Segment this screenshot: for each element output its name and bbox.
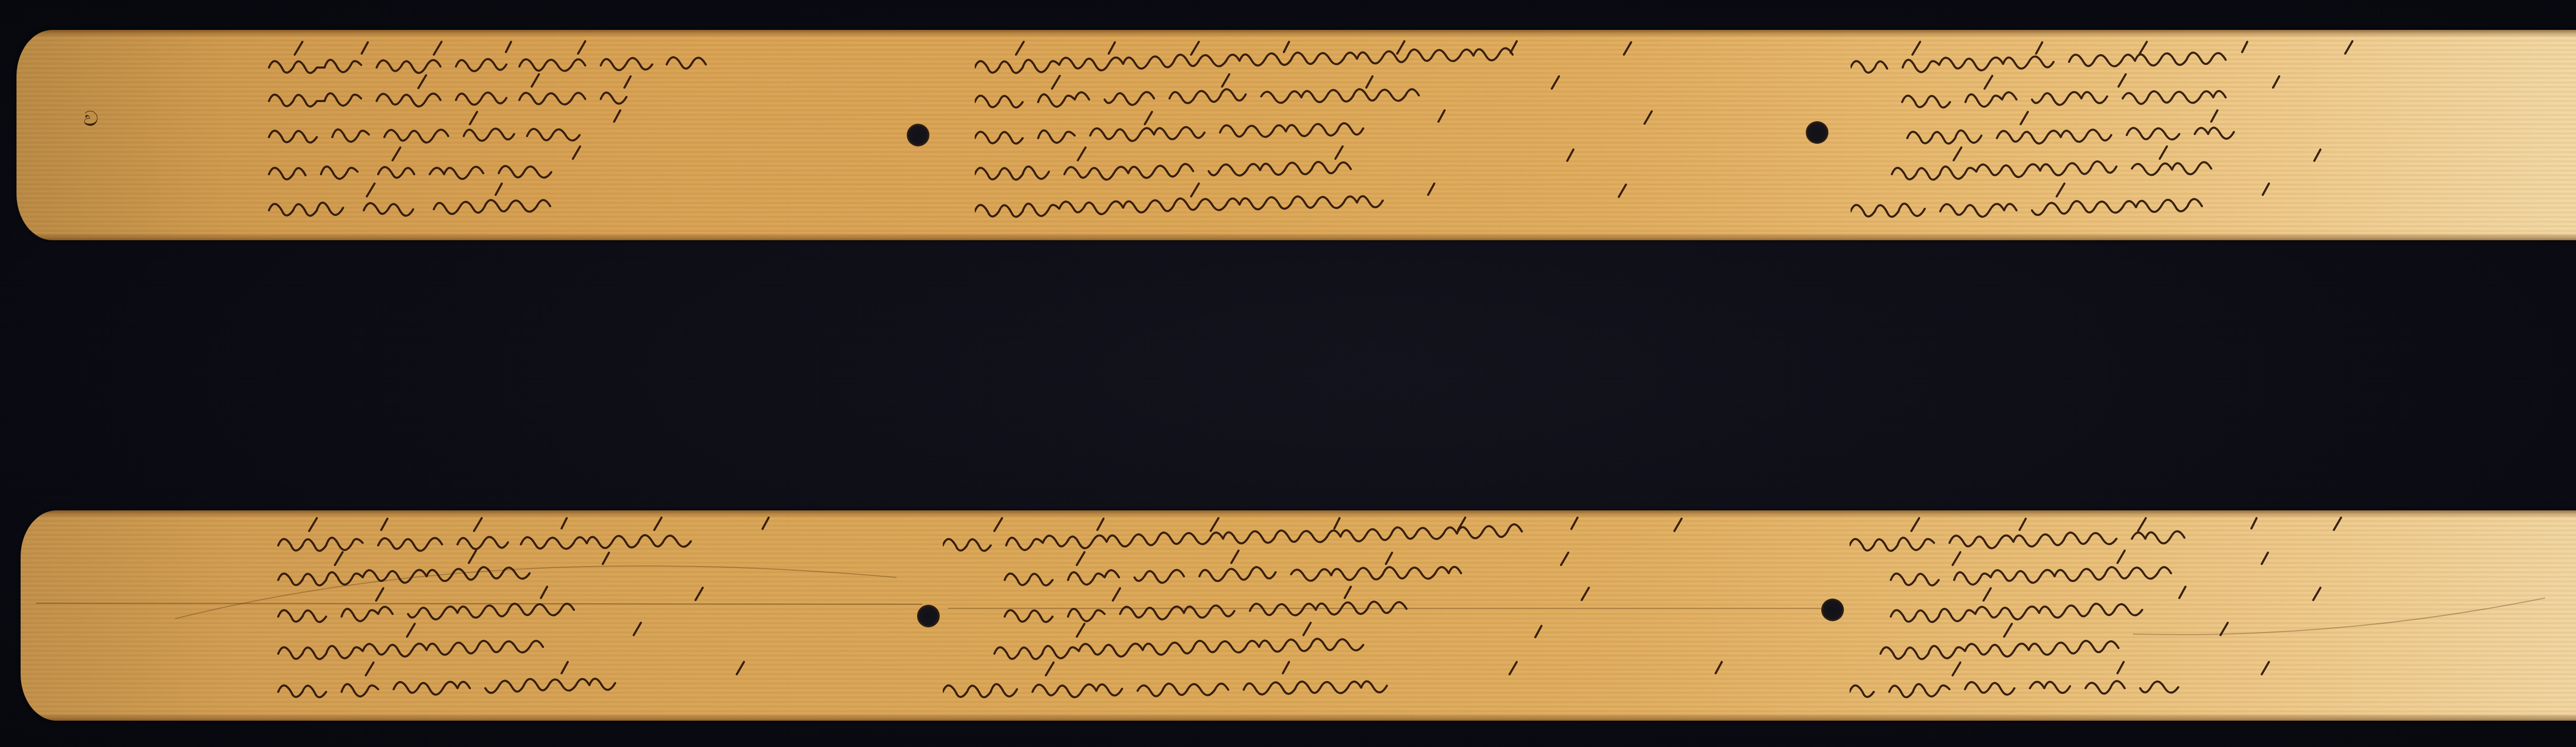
manuscript-photo: ව	[0, 0, 2576, 747]
palm-leaf-bottom	[21, 510, 2576, 721]
handwritten-script	[975, 39, 1789, 235]
text-block-left	[273, 516, 922, 717]
text-block-right	[1850, 516, 2468, 717]
folio-number-mark: ව	[83, 107, 98, 131]
binding-hole-left	[907, 124, 929, 146]
handwritten-script	[1850, 516, 2468, 717]
palm-leaf-top: ව	[16, 30, 2576, 240]
handwritten-script	[943, 516, 1819, 717]
binding-hole-right	[1806, 121, 1828, 144]
leaf-edge	[16, 30, 2576, 37]
handwritten-script	[264, 39, 882, 235]
text-block-middle	[943, 516, 1819, 717]
text-block-right	[1851, 39, 2500, 235]
text-block-middle	[975, 39, 1789, 235]
handwritten-script	[1851, 39, 2500, 235]
handwritten-script	[273, 516, 922, 717]
text-block-left	[264, 39, 882, 235]
